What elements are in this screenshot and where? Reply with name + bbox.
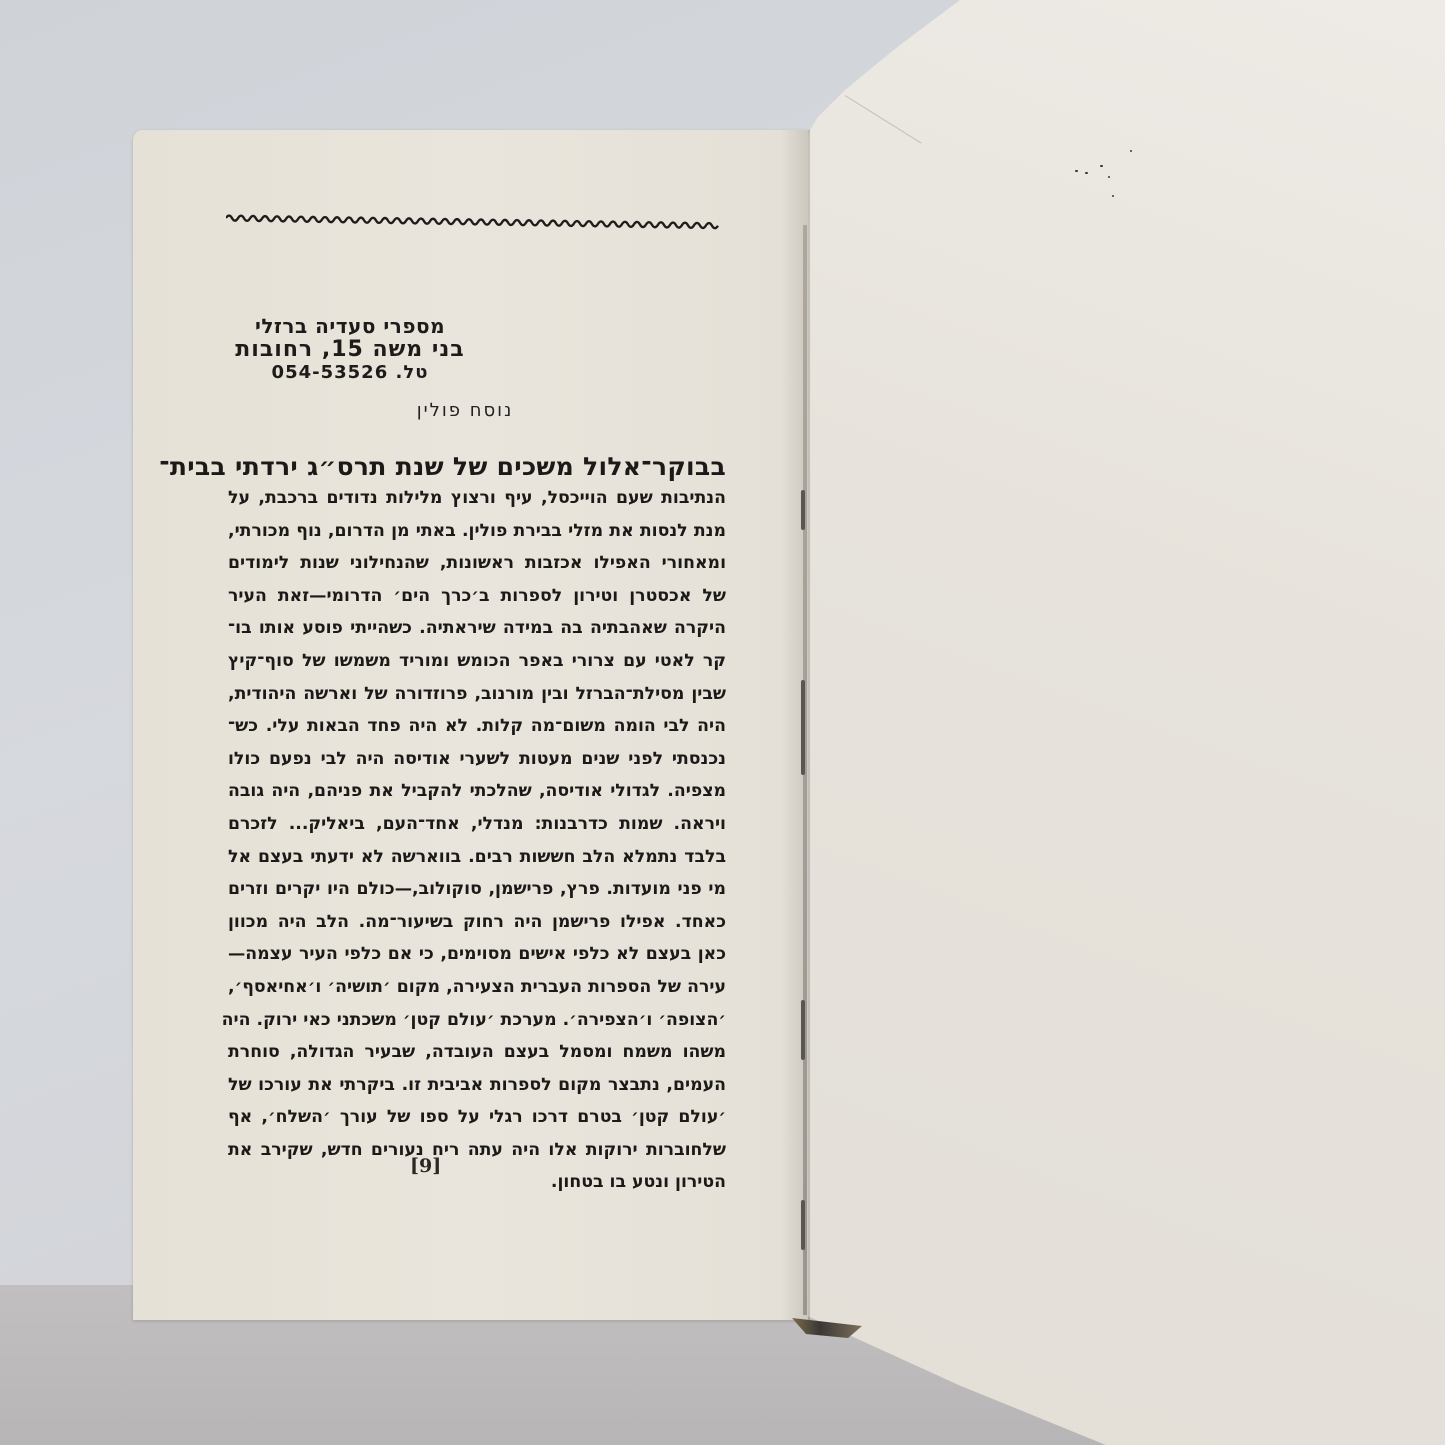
text-line: מי פני מועדות. פרץ, פרישמן, סוקולוב,—כול… xyxy=(228,873,726,906)
binding-stitch xyxy=(801,1200,805,1250)
stamp-shop-name: מספרי סעדיה ברזלי xyxy=(215,315,485,338)
text-line: מצפיה. לגדולי אודיסה, שהלכתי להקביל את פ… xyxy=(228,775,726,808)
section-heading: נוסח פולין xyxy=(380,400,550,421)
text-line: של אכסטרן וטירון לספרות ב׳כרך הים׳ הדרומ… xyxy=(228,580,726,613)
bookseller-stamp: מספרי סעדיה ברזלי בני משה 15, רחובות טל.… xyxy=(215,315,485,384)
ink-speckle xyxy=(1100,165,1103,167)
ink-speckle xyxy=(1112,195,1114,197)
text-line: היקרה שאהבתיה בה במידה שיראתיה. כשהייתי … xyxy=(228,612,726,645)
text-line: שלחוברות ירוקות אלו היה עתה ריח נעורים ח… xyxy=(228,1134,726,1167)
ink-speckle xyxy=(1108,176,1110,178)
text-line: כאחד. אפילו פרישמן היה רחוק בשיעור־מה. ה… xyxy=(228,906,726,939)
binding-stitch xyxy=(801,1000,805,1060)
stamp-phone-line: טל. 054-53526 xyxy=(215,361,485,384)
text-line: בלבד נתמלא הלב חששות רבים. בווארשה לא יד… xyxy=(228,841,726,874)
stamp-phone-prefix: טל. xyxy=(396,362,429,383)
stamp-address: בני משה 15, רחובות xyxy=(215,338,485,361)
body-paragraph: בבוקר־אלול משכים של שנת תרס״ג ירדתי בבית… xyxy=(228,452,726,1199)
opening-line: בבוקר־אלול משכים של שנת תרס״ג ירדתי בבית… xyxy=(228,452,726,482)
text-line: קר לאטי עם צרורי באפר הכומש ומוריד משמשו… xyxy=(228,645,726,678)
page-number: [9] xyxy=(410,1155,441,1177)
wavy-ornament-rule xyxy=(226,210,721,230)
text-line: ׳הצופה׳ ו׳הצפירה׳. מערכת ׳עולם קטן׳ משכת… xyxy=(228,1004,726,1037)
text-line: הנתיבות שעם הוייכסל, עיף ורצוץ מלילות נד… xyxy=(228,482,726,515)
text-line: ׳עולם קטן׳ בטרם דרכו רגלי על ספו של עורך… xyxy=(228,1101,726,1134)
text-line: העמים, נתבצר מקום לספרות אביבית זו. ביקר… xyxy=(228,1069,726,1102)
text-line: כאן בעצם לא כלפי אישים מסוימים, כי אם כל… xyxy=(228,938,726,971)
text-line: משהו משמח ומסמל בעצם העובדה, שבעיר הגדול… xyxy=(228,1036,726,1069)
binding-stitch xyxy=(801,680,805,775)
text-line: ומאחורי האפילו אכזבות ראשונות, שהנחילוני… xyxy=(228,547,726,580)
ink-speckle xyxy=(1130,150,1132,152)
ink-speckle xyxy=(1075,170,1078,172)
binding-stitch xyxy=(801,490,805,530)
text-line: שבין מסילת־הברזל ובין מורנוב, פרוזדורה ש… xyxy=(228,678,726,711)
text-line-last: הטירון ונטע בו בטחון. xyxy=(228,1166,726,1199)
right-page xyxy=(805,0,1445,1445)
text-line: מנת לנסות את מזלי בבירת פולין. באתי מן ה… xyxy=(228,515,726,548)
ink-speckle xyxy=(1085,172,1088,174)
text-line: נכנסתי לפני שנים מעטות לשערי אודיסה היה … xyxy=(228,743,726,776)
stamp-phone-number: 054-53526 xyxy=(272,362,389,383)
text-line: היה לבי הומה משום־מה קלות. לא היה פחד הב… xyxy=(228,710,726,743)
text-line: ויראה. שמות כדרבנות: מנדלי, אחד־העם, ביא… xyxy=(228,808,726,841)
text-line: עירה של הספרות העברית הצעירה, מקום ׳תושי… xyxy=(228,971,726,1004)
